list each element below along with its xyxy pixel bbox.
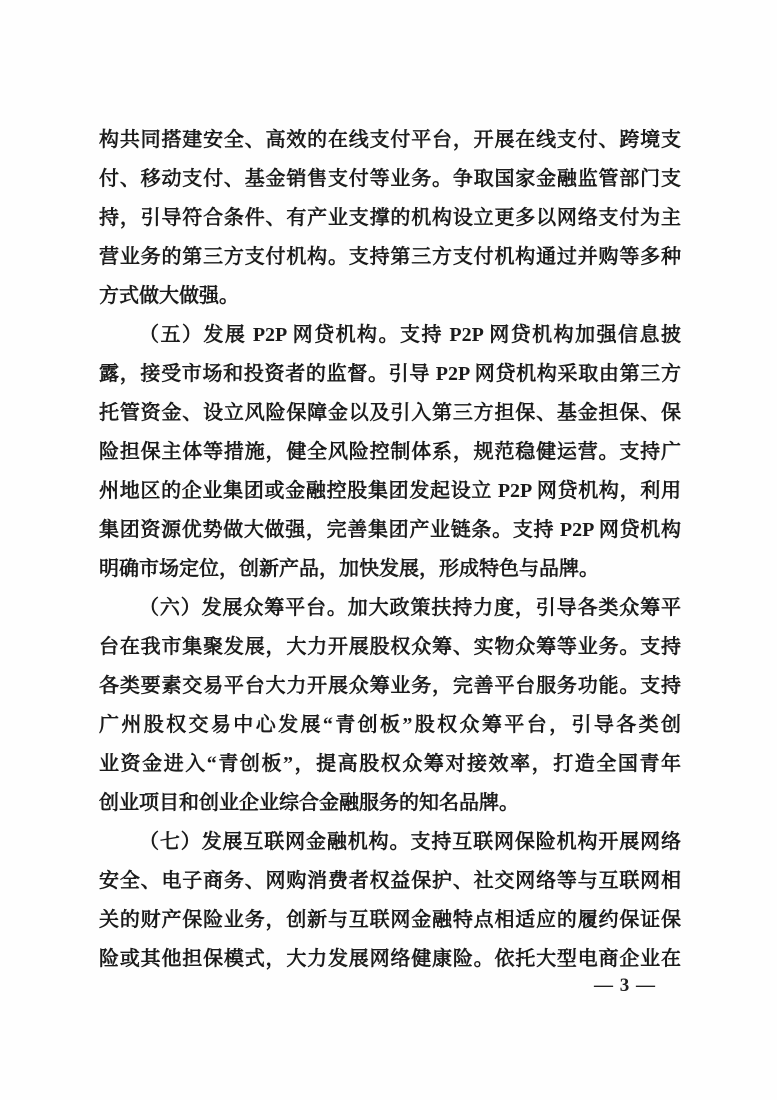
text-line: （六）发展众筹平台。加大政策扶持力度，引导各类众筹平 xyxy=(99,589,681,628)
text-line: （七）发展互联网金融机构。支持互联网保险机构开展网络 xyxy=(99,823,681,862)
page-number: — 3 — xyxy=(575,972,675,1000)
document-page: 构共同搭建安全、高效的在线支付平台，开展在线支付、跨境支付、移动支付、基金销售支… xyxy=(0,0,777,1100)
text-line: 露，接受市场和投资者的监督。引导 P2P 网贷机构采取由第三方 xyxy=(99,355,681,394)
paragraph: 构共同搭建安全、高效的在线支付平台，开展在线支付、跨境支付、移动支付、基金销售支… xyxy=(99,121,681,316)
text-line: 托管资金、设立风险保障金以及引入第三方担保、基金担保、保 xyxy=(99,394,681,433)
text-line: （五）发展 P2P 网贷机构。支持 P2P 网贷机构加强信息披 xyxy=(99,316,681,355)
text-line: 台在我市集聚发展，大力开展股权众筹、实物众筹等业务。支持 xyxy=(99,628,681,667)
paragraph: （七）发展互联网金融机构。支持互联网保险机构开展网络安全、电子商务、网购消费者权… xyxy=(99,823,681,979)
text-line: 集团资源优势做大做强，完善集团产业链条。支持 P2P 网贷机构 xyxy=(99,511,681,550)
text-line: 持，引导符合条件、有产业支撑的机构设立更多以网络支付为主 xyxy=(99,199,681,238)
text-line: 险担保主体等措施，健全风险控制体系，规范稳健运营。支持广 xyxy=(99,433,681,472)
text-line: 营业务的第三方支付机构。支持第三方支付机构通过并购等多种 xyxy=(99,238,681,277)
text-line: 安全、电子商务、网购消费者权益保护、社交网络等与互联网相 xyxy=(99,862,681,901)
paragraph: （六）发展众筹平台。加大政策扶持力度，引导各类众筹平台在我市集聚发展，大力开展股… xyxy=(99,589,681,823)
text-line: 方式做大做强。 xyxy=(99,277,681,316)
text-line: 构共同搭建安全、高效的在线支付平台，开展在线支付、跨境支 xyxy=(99,121,681,160)
text-line: 明确市场定位，创新产品，加快发展，形成特色与品牌。 xyxy=(99,550,681,589)
text-line: 付、移动支付、基金销售支付等业务。争取国家金融监管部门支 xyxy=(99,160,681,199)
text-line: 广州股权交易中心发展“青创板”股权众筹平台，引导各类创 xyxy=(99,706,681,745)
document-body: 构共同搭建安全、高效的在线支付平台，开展在线支付、跨境支付、移动支付、基金销售支… xyxy=(99,121,681,979)
text-line: 创业项目和创业企业综合金融服务的知名品牌。 xyxy=(99,784,681,823)
text-line: 关的财产保险业务，创新与互联网金融特点相适应的履约保证保 xyxy=(99,901,681,940)
text-line: 州地区的企业集团或金融控股集团发起设立 P2P 网贷机构，利用 xyxy=(99,472,681,511)
paragraph: （五）发展 P2P 网贷机构。支持 P2P 网贷机构加强信息披露，接受市场和投资… xyxy=(99,316,681,589)
text-line: 各类要素交易平台大力开展众筹业务，完善平台服务功能。支持 xyxy=(99,667,681,706)
text-line: 业资金进入“青创板”，提高股权众筹对接效率，打造全国青年 xyxy=(99,745,681,784)
